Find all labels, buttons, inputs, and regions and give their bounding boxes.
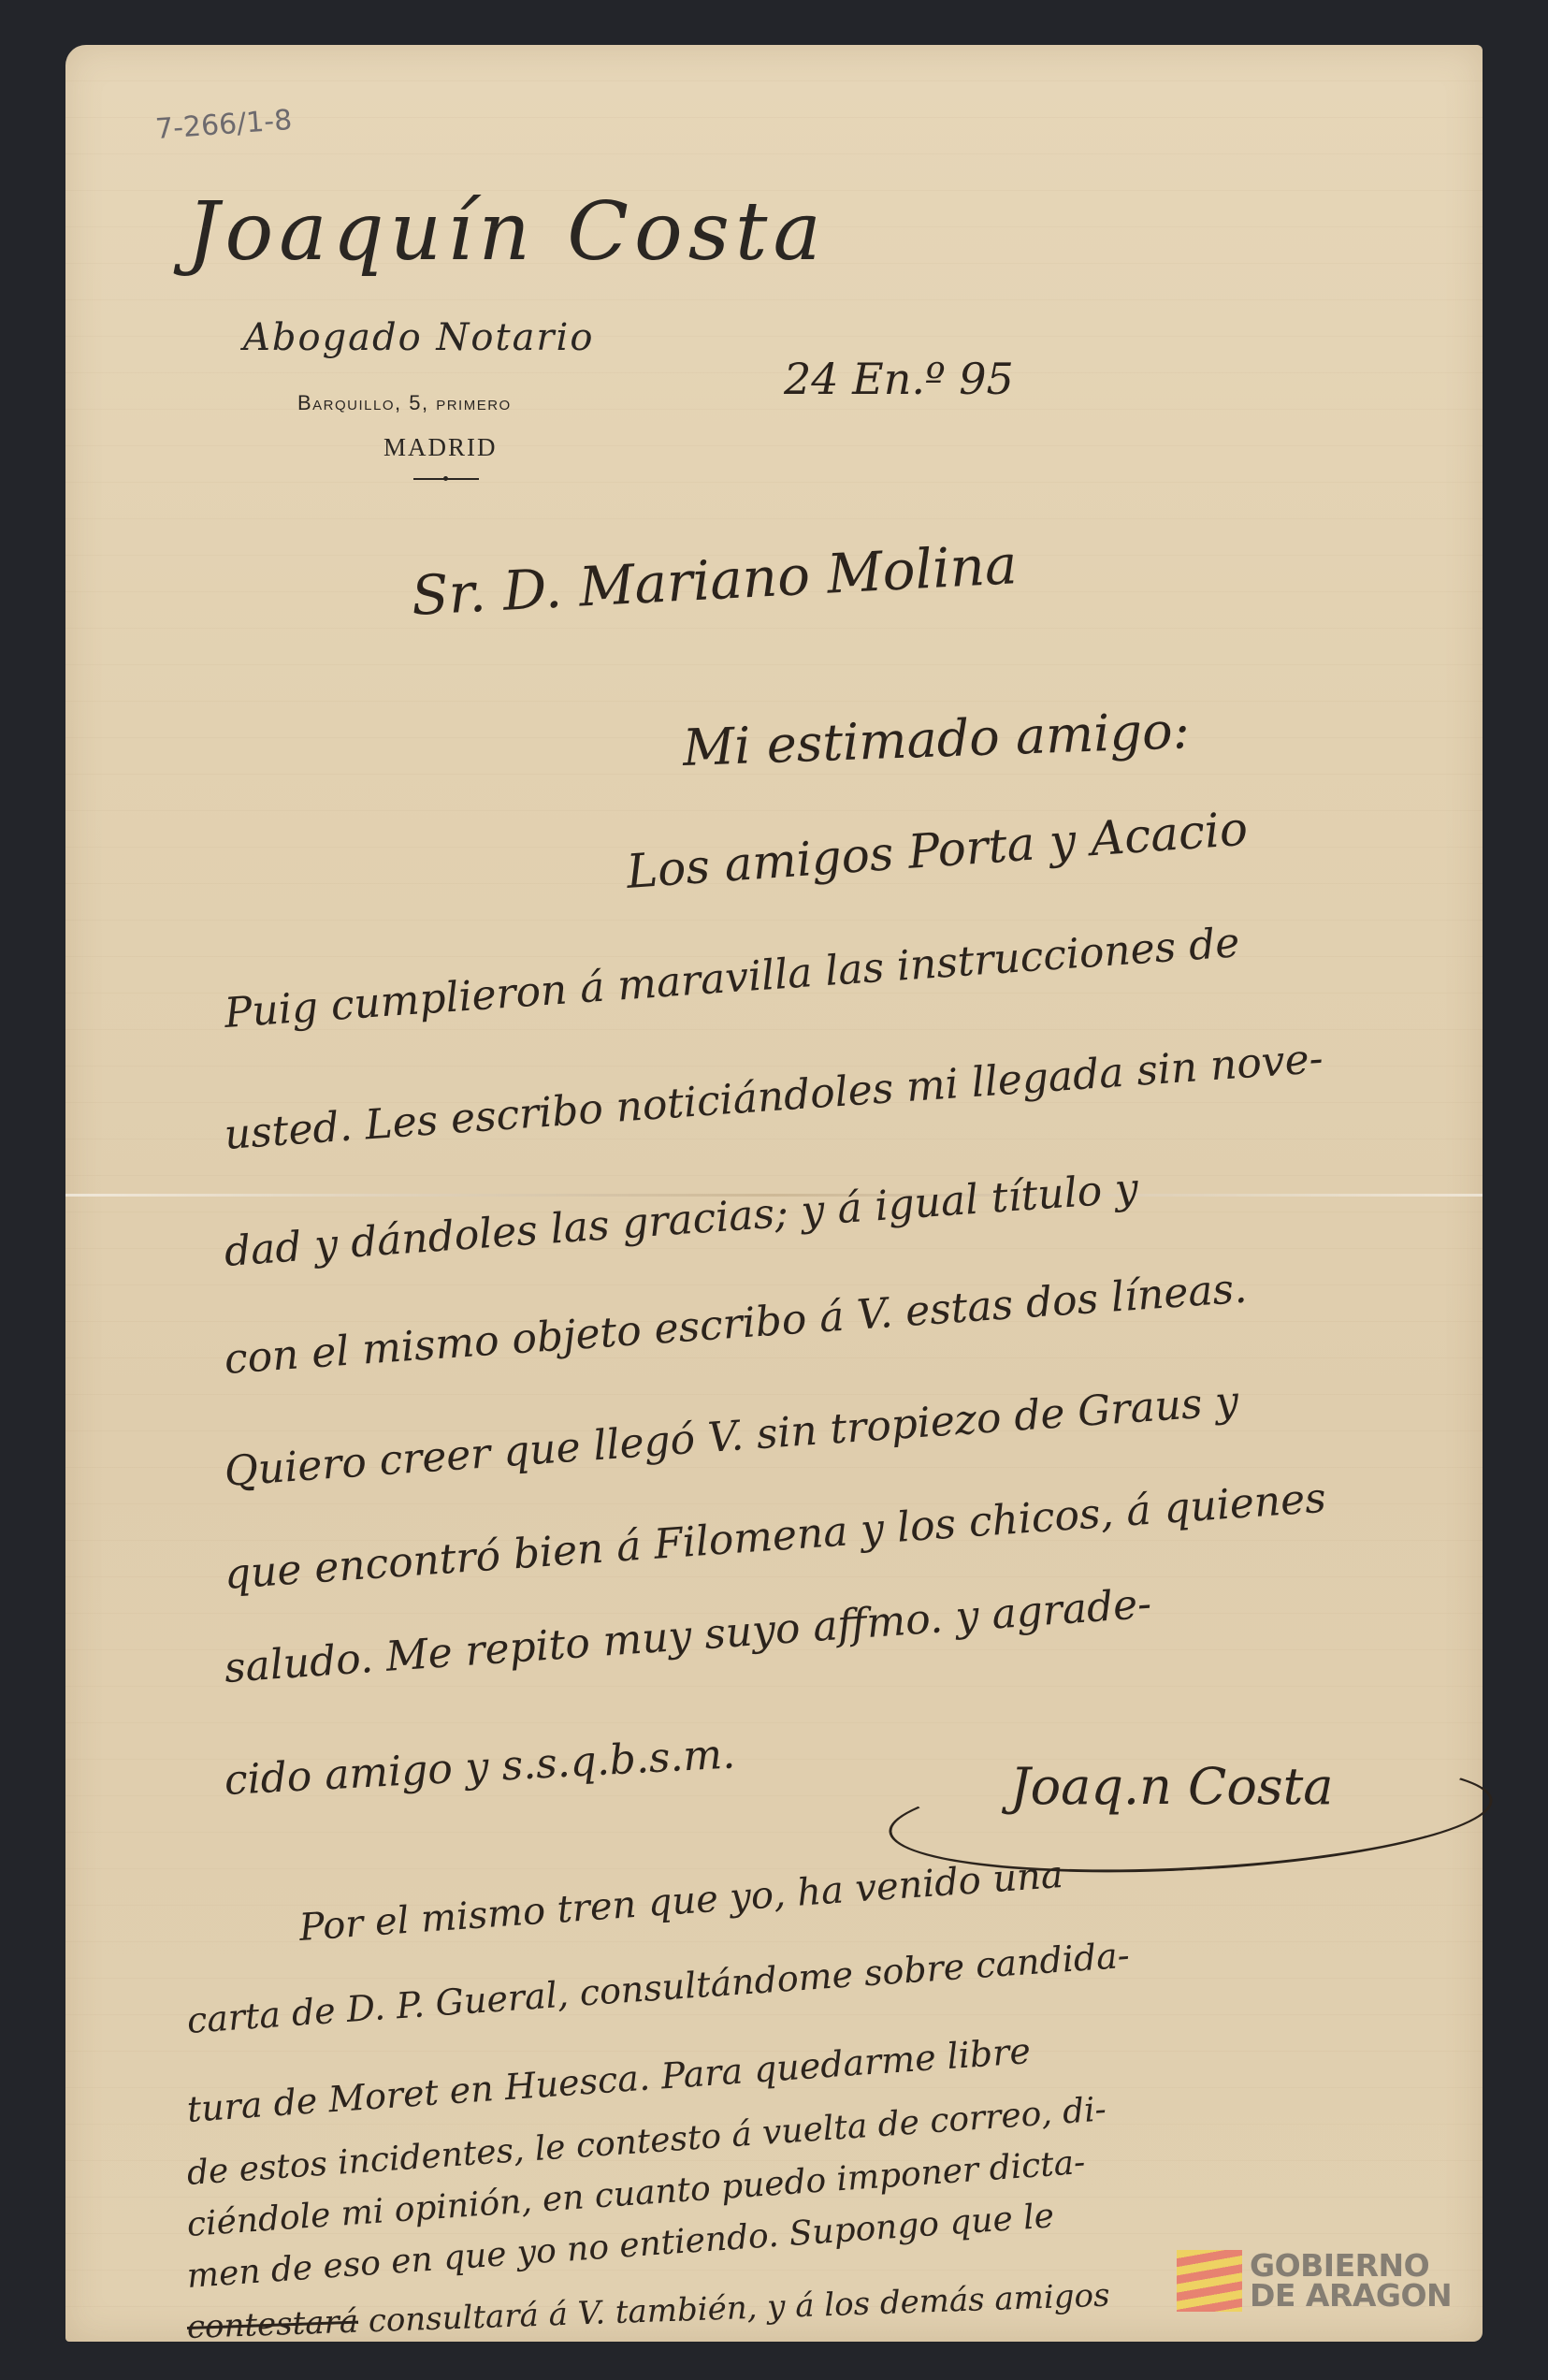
watermark-text: GOBIERNO DE ARAGON (1250, 2251, 1452, 2311)
letterhead-title: Abogado Notario (243, 316, 594, 359)
body-line: usted. Les escribo noticiándoles mi lleg… (223, 1035, 1324, 1159)
letterhead-city: MADRID (383, 433, 498, 462)
body-line: cido amigo y s.s.q.b.s.m. (224, 1730, 737, 1805)
greeting-line: Mi estimado amigo: (682, 701, 1191, 777)
postscript-line: carta de D. P. Gueral, consultándome sob… (185, 1935, 1130, 2041)
struck-word: contestará (186, 2303, 358, 2346)
body-line: con el mismo objeto escribo á V. estas d… (223, 1265, 1248, 1384)
letterhead-name: Joaquín Costa (187, 185, 827, 279)
letterhead-divider (413, 478, 479, 480)
watermark-line-2: DE ARAGON (1250, 2281, 1452, 2311)
recipient-line: Sr. D. Mariano Molina (410, 532, 1019, 628)
body-line: Quiero creer que llegó V. sin tropiezo d… (223, 1377, 1240, 1496)
postscript-line: Por el mismo tren que yo, ha venido una (297, 1853, 1064, 1950)
body-line: Los amigos Porta y Acacio (625, 802, 1250, 899)
gobierno-de-aragon-watermark: GOBIERNO DE ARAGON (1177, 2250, 1452, 2312)
body-line: dad y dándoles las gracias; y á igual tí… (223, 1165, 1139, 1276)
postscript-last-line: contestará consultará á V. también, y á … (186, 2277, 1110, 2346)
signature: Joaq.n Costa (1010, 1757, 1333, 1816)
letter-date: 24 En.º 95 (784, 354, 1014, 404)
letter-paper: 7-266/1-8 Joaquín Costa Abogado Notario … (65, 45, 1483, 2342)
letterhead-address: Barquillo, 5, primero (297, 391, 512, 415)
body-line: Puig cumplieron á maravilla las instrucc… (223, 919, 1241, 1038)
postscript-line: consultará á V. también, y á los demás a… (368, 2277, 1110, 2341)
aragon-flag-icon (1177, 2250, 1242, 2312)
body-line: que encontró bien á Filomena y los chico… (223, 1474, 1327, 1599)
archive-code: 7-266/1-8 (154, 104, 293, 146)
body-line: saludo. Me repito muy suyo affmo. y agra… (223, 1580, 1152, 1692)
